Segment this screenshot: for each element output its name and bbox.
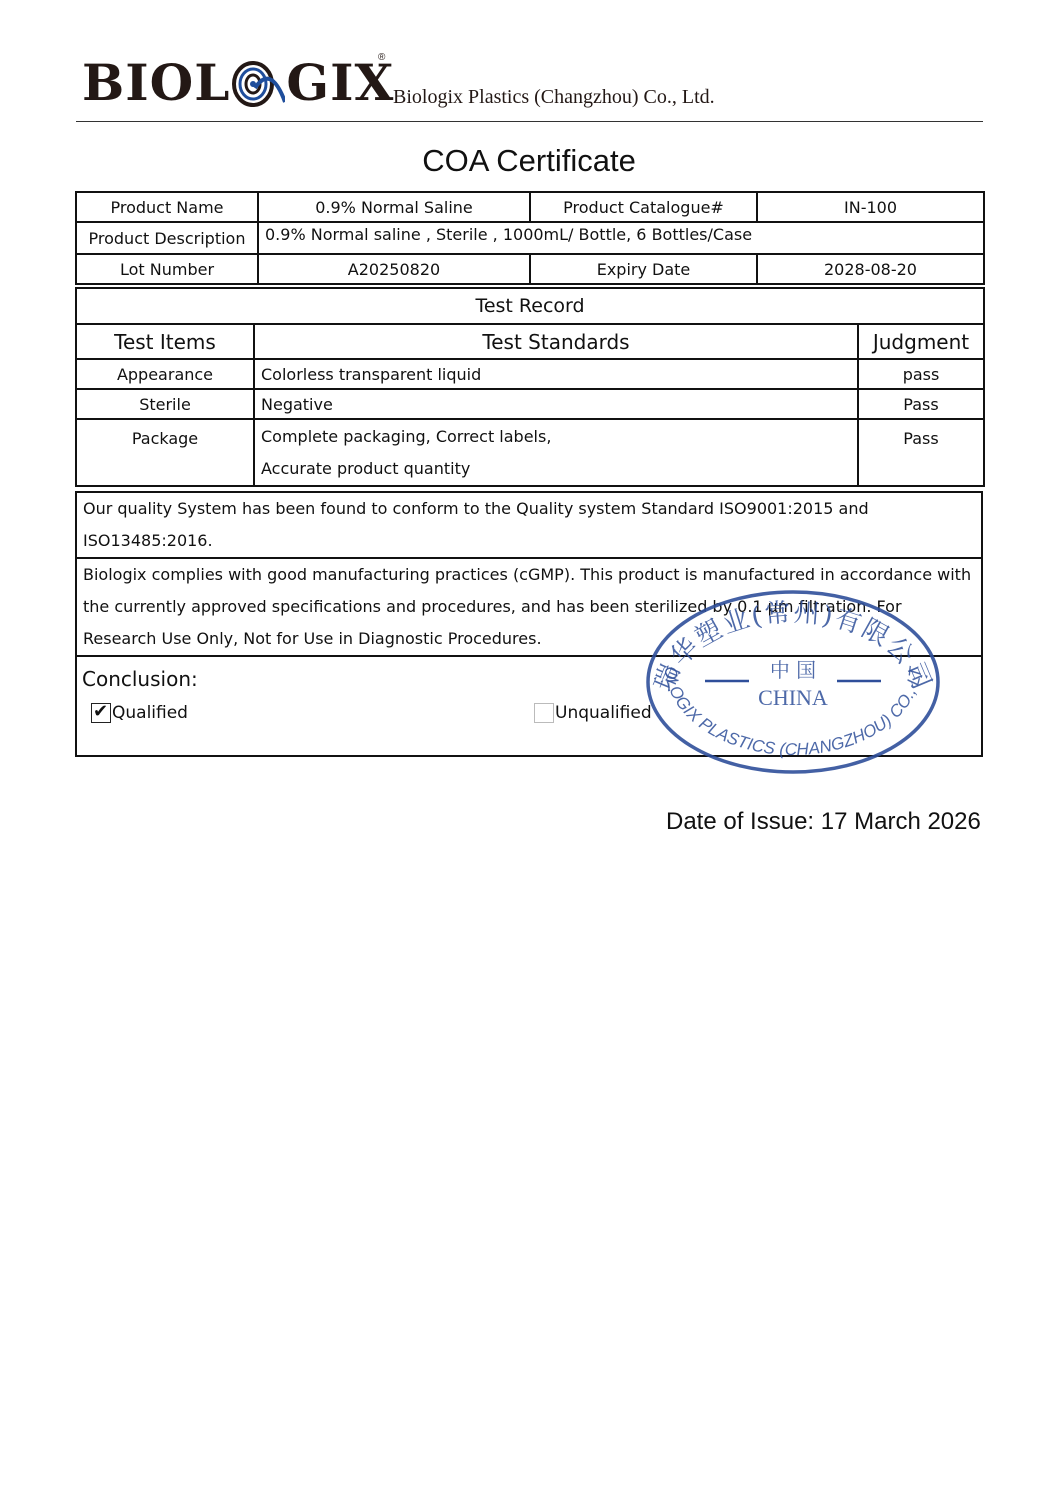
expiry-date-value: 2028-08-20 bbox=[757, 254, 984, 284]
test-item: Sterile bbox=[76, 389, 254, 419]
test-judgment: Pass bbox=[858, 389, 984, 419]
test-standard: Negative bbox=[254, 389, 858, 419]
product-name-label: Product Name bbox=[76, 192, 258, 222]
table-row: Appearance Colorless transparent liquid … bbox=[76, 359, 984, 389]
biologix-logo: BIOL GIX ® bbox=[82, 56, 394, 108]
lot-number-label: Lot Number bbox=[76, 254, 258, 284]
logo-text-right: GIX bbox=[286, 58, 394, 108]
test-item: Appearance bbox=[76, 359, 254, 389]
logo-text-left: BIOL bbox=[82, 58, 230, 108]
check-icon: ✔ bbox=[93, 701, 108, 723]
conclusion-section: Conclusion: ✔ Qualified Unqualified bbox=[76, 656, 982, 756]
test-standard: Complete packaging, Correct labels, Accu… bbox=[254, 419, 858, 486]
product-info-table: Product Name 0.9% Normal Saline Product … bbox=[75, 191, 983, 285]
coa-page: BIOL GIX ® Biologix Plastics (Changzhou)… bbox=[0, 0, 1058, 1497]
unqualified-checkbox[interactable] bbox=[534, 703, 554, 723]
lot-number-row: Lot Number A20250820 Expiry Date 2028-08… bbox=[76, 254, 984, 284]
table-row: Package Complete packaging, Correct labe… bbox=[76, 419, 984, 486]
catalogue-value: IN-100 bbox=[757, 192, 984, 222]
test-item: Package bbox=[76, 419, 254, 486]
lot-number-value: A20250820 bbox=[258, 254, 530, 284]
qualified-checkbox[interactable]: ✔ bbox=[91, 703, 111, 723]
qualified-label: Qualified bbox=[112, 697, 188, 729]
document-title: COA Certificate bbox=[0, 143, 1058, 179]
product-name-row: Product Name 0.9% Normal Saline Product … bbox=[76, 192, 984, 222]
test-judgment: pass bbox=[858, 359, 984, 389]
qualified-option[interactable]: ✔ Qualified bbox=[91, 697, 188, 729]
date-of-issue: Date of Issue: 17 March 2026 bbox=[666, 808, 981, 836]
product-description-row: Product Description 0.9% Normal saline ,… bbox=[76, 222, 984, 254]
expiry-date-label: Expiry Date bbox=[530, 254, 757, 284]
description-value: 0.9% Normal saline , Sterile , 1000mL/ B… bbox=[258, 222, 984, 254]
quality-statement: Our quality System has been found to con… bbox=[76, 492, 982, 558]
test-standard: Colorless transparent liquid bbox=[254, 359, 858, 389]
conclusion-label: Conclusion: bbox=[82, 663, 198, 695]
column-header-judgment: Judgment bbox=[858, 324, 984, 359]
column-header-test-standards: Test Standards bbox=[254, 324, 858, 359]
table-row: Sterile Negative Pass bbox=[76, 389, 984, 419]
test-record-table: Test Record Test Items Test Standards Ju… bbox=[75, 287, 983, 487]
test-standard-line2: Accurate product quantity bbox=[261, 453, 857, 485]
test-judgment: Pass bbox=[858, 419, 984, 486]
header-divider bbox=[76, 121, 983, 122]
company-name: Biologix Plastics (Changzhou) Co., Ltd. bbox=[393, 86, 715, 109]
swirl-logo-icon bbox=[231, 58, 285, 108]
catalogue-label: Product Catalogue# bbox=[530, 192, 757, 222]
column-header-test-items: Test Items bbox=[76, 324, 254, 359]
product-name-value: 0.9% Normal Saline bbox=[258, 192, 530, 222]
test-record-header: Test Items Test Standards Judgment bbox=[76, 324, 984, 359]
unqualified-option[interactable]: Unqualified bbox=[534, 697, 652, 729]
unqualified-label: Unqualified bbox=[555, 697, 652, 729]
registered-mark: ® bbox=[378, 52, 385, 63]
test-record-title: Test Record bbox=[76, 288, 984, 324]
test-standard-line1: Complete packaging, Correct labels, bbox=[261, 421, 857, 453]
statements-table: Our quality System has been found to con… bbox=[75, 491, 983, 757]
gmp-statement: Biologix complies with good manufacturin… bbox=[76, 558, 982, 656]
description-label: Product Description bbox=[76, 222, 258, 254]
